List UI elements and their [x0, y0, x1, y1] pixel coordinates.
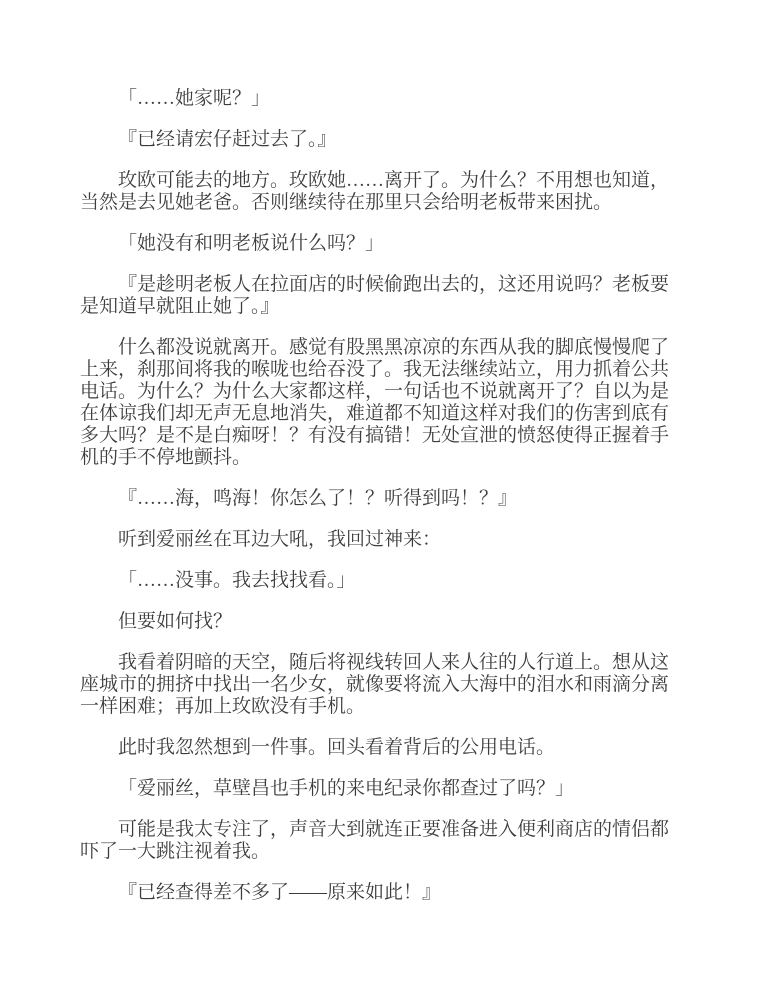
paragraph: 『是趁明老板人在拉面店的时候偷跑出去的，这还用说吗？老板要是知道早就阻止她了。』 — [80, 274, 672, 318]
paragraph: 「……她家呢？」 — [80, 88, 672, 110]
paragraph: 此时我忽然想到一件事。回头看着背后的公用电话。 — [80, 737, 672, 759]
paragraph: 「爱丽丝，草壁昌也手机的来电纪录你都查过了吗？」 — [80, 778, 672, 800]
paragraph: 我看着阴暗的天空，随后将视线转回人来人往的人行道上。想从这座城市的拥挤中找出一名… — [80, 652, 672, 718]
page-text: 「……她家呢？」『已经请宏仔赶过去了。』玫欧可能去的地方。玫欧她……离开了。为什… — [80, 88, 672, 904]
paragraph: 什么都没说就离开。感觉有股黑黑凉凉的东西从我的脚底慢慢爬了上来，刹那间将我的喉咙… — [80, 337, 672, 469]
paragraph: 但要如何找？ — [80, 611, 672, 633]
paragraph: 「……没事。我去找找看。」 — [80, 570, 672, 592]
paragraph: 『已经请宏仔赶过去了。』 — [80, 129, 672, 151]
paragraph: 可能是我太专注了，声音大到就连正要准备进入便利商店的情侣都吓了一大跳注视着我。 — [80, 819, 672, 863]
paragraph: 『……海，鸣海！你怎么了！？听得到吗！？』 — [80, 488, 672, 510]
paragraph: 『已经查得差不多了——原来如此！』 — [80, 882, 672, 904]
paragraph: 听到爱丽丝在耳边大吼，我回过神来： — [80, 529, 672, 551]
paragraph: 「她没有和明老板说什么吗？」 — [80, 233, 672, 255]
paragraph: 玫欧可能去的地方。玫欧她……离开了。为什么？不用想也知道，当然是去见她老爸。否则… — [80, 170, 672, 214]
novel-page: 「……她家呢？」『已经请宏仔赶过去了。』玫欧可能去的地方。玫欧她……离开了。为什… — [0, 0, 765, 990]
